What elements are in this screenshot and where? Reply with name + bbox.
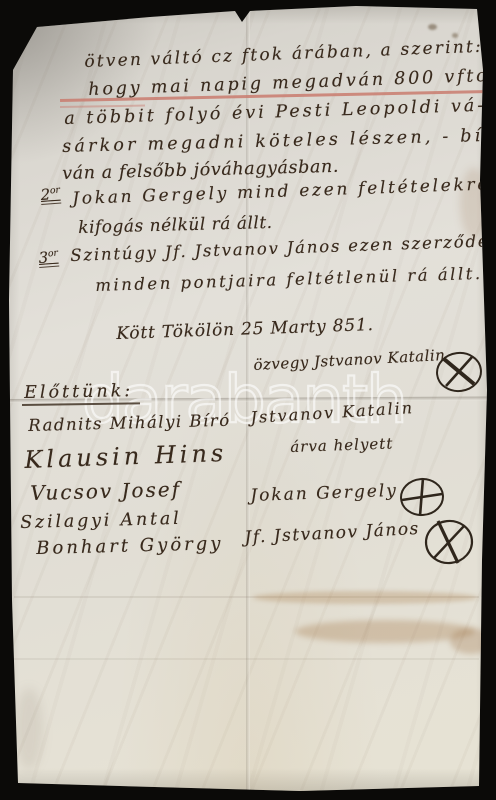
stain — [295, 620, 475, 643]
witness-heading: Előttünk: — [24, 381, 133, 403]
clause-2-suffix: or — [50, 185, 61, 197]
body-line-3: a többit folyó évi Pesti Leopoldi vá- — [64, 96, 487, 129]
witness-name: Radnits Mihályi Bíró — [28, 411, 231, 435]
witness-name: Vucsov Josef — [30, 477, 181, 505]
witness-name: Klausin Hins — [24, 439, 228, 474]
stain — [253, 591, 478, 604]
body-line-5: ván a felsőbb jóváhagyásban. — [62, 157, 339, 184]
body-line-1: ötven váltó cz ftok árában, a szerint: — [84, 37, 483, 72]
document-paper: darabanth ötven váltó cz ftok árában, a … — [0, 0, 496, 800]
clause-3-line-2: minden pontjaira feltétlenül rá állt. — [95, 264, 483, 295]
signature-name-jokan: Jokan Gergely — [250, 481, 398, 506]
signature-note-arva-helyett: árva helyett — [290, 434, 394, 456]
signature-name-jstvanov-janos: Jf. Jstvanov János — [244, 519, 420, 548]
witness-name: Szilagyi Antal — [20, 509, 182, 533]
clause-3-marker: 3or — [38, 248, 59, 268]
signature-circle-plus-mark — [398, 476, 446, 520]
signature-circle-x-mark — [423, 517, 475, 567]
stain — [15, 688, 43, 770]
body-line-4: sárkor megadni köteles lészen, - bír- — [62, 125, 496, 157]
witness-heading-underline — [22, 402, 140, 406]
signature-circle-x-mark — [433, 350, 485, 396]
clause-2-line-2: kifogás nélkül rá állt. — [78, 213, 273, 238]
stain-speck — [428, 24, 437, 30]
stain — [450, 628, 492, 654]
signature-name-widow: özvegy Jstvanov Katalin — [253, 346, 446, 374]
witness-name: Bonhart György — [36, 533, 224, 559]
photo-background: darabanth ötven váltó cz ftok árában, a … — [0, 0, 496, 800]
clause-3-suffix: or — [48, 248, 59, 260]
signature-name-katalin: Jstvanov Katalin — [250, 398, 415, 427]
clause-2-marker: 2or — [40, 185, 61, 205]
